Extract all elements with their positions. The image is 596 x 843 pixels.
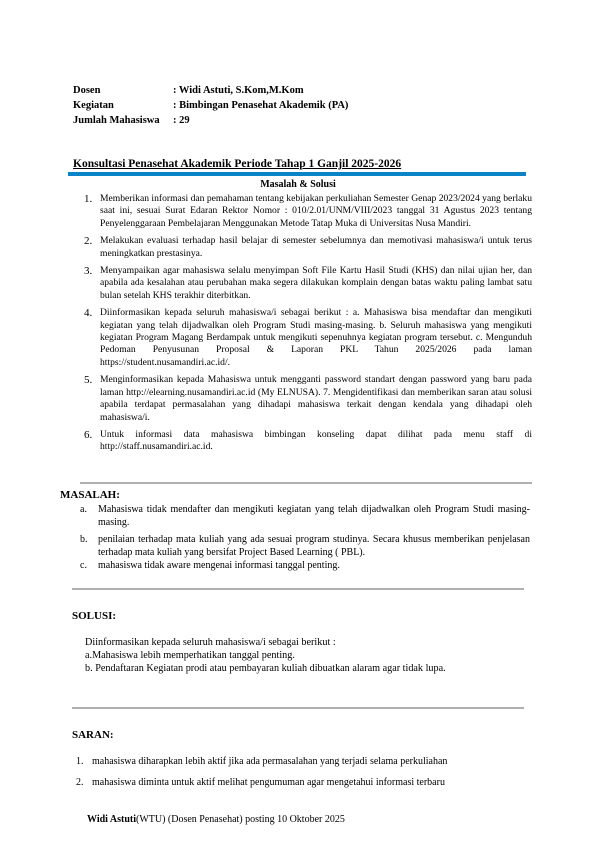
advisor-meta: Dosen : Widi Astuti, S.Kom,M.Kom Kegiata… bbox=[73, 83, 348, 128]
info-item: 1.Memberikan informasi dan pemahaman ten… bbox=[84, 193, 532, 230]
jumlah-value: : 29 bbox=[173, 113, 190, 128]
info-list: 1.Memberikan informasi dan pemahaman ten… bbox=[84, 193, 532, 459]
item-number: 2. bbox=[76, 776, 92, 789]
item-number: 1. bbox=[84, 193, 100, 230]
saran-item: 1.mahasiswa diharapkan lebih aktif jika … bbox=[76, 755, 526, 768]
section-divider bbox=[72, 588, 524, 590]
info-item: 2.Melakukan evaluasi terhadap hasil bela… bbox=[84, 235, 532, 260]
masalah-heading: MASALAH: bbox=[60, 489, 120, 501]
author-name: Widi Astuti bbox=[87, 814, 136, 825]
item-marker: b. bbox=[80, 533, 98, 559]
info-item: 3.Menyampaikan agar mahasiswa selalu men… bbox=[84, 265, 532, 302]
meta-row-dosen: Dosen : Widi Astuti, S.Kom,M.Kom bbox=[73, 83, 348, 98]
saran-heading: SARAN: bbox=[72, 729, 114, 741]
item-marker: a. bbox=[80, 503, 98, 529]
section-divider bbox=[72, 707, 524, 709]
masalah-item: b.penilaian terhadap mata kuliah yang ad… bbox=[80, 533, 530, 559]
info-item: 6.Untuk informasi data mahasiswa bimbing… bbox=[84, 429, 532, 454]
info-item: 5.Menginformasikan kepada Mahasiswa untu… bbox=[84, 374, 532, 424]
jumlah-label: Jumlah Mahasiswa bbox=[73, 113, 173, 128]
saran-list: 1.mahasiswa diharapkan lebih aktif jika … bbox=[76, 755, 526, 797]
section-divider bbox=[80, 482, 532, 484]
item-marker: c. bbox=[80, 559, 98, 572]
item-text: Memberikan informasi dan pemahaman tenta… bbox=[100, 193, 532, 230]
item-number: 3. bbox=[84, 265, 100, 302]
item-text: penilaian terhadap mata kuliah yang ada … bbox=[98, 533, 530, 559]
meta-row-jumlah: Jumlah Mahasiswa : 29 bbox=[73, 113, 348, 128]
dosen-label: Dosen bbox=[73, 83, 173, 98]
item-number: 4. bbox=[84, 307, 100, 369]
item-text: Menginformasikan kepada Mahasiswa untuk … bbox=[100, 374, 532, 424]
meta-row-kegiatan: Kegiatan : Bimbingan Penasehat Akademik … bbox=[73, 98, 348, 113]
section-subtitle: Masalah & Solusi bbox=[0, 179, 596, 190]
solusi-body: Diinformasikan kepada seluruh mahasiswa/… bbox=[85, 636, 525, 675]
item-number: 2. bbox=[84, 235, 100, 260]
saran-item: 2.mahasiswa diminta untuk aktif melihat … bbox=[76, 776, 526, 789]
title-accent-bar bbox=[68, 172, 526, 176]
item-text: Mahasiswa tidak mendafter dan mengikuti … bbox=[98, 503, 530, 529]
kegiatan-value: : Bimbingan Penasehat Akademik (PA) bbox=[173, 98, 348, 113]
item-number: 6. bbox=[84, 429, 100, 454]
item-text: mahasiswa tidak aware mengenai informasi… bbox=[98, 559, 530, 572]
item-text: Menyampaikan agar mahasiswa selalu menyi… bbox=[100, 265, 532, 302]
solusi-line: b. Pendaftaran Kegiatan prodi atau pemba… bbox=[85, 662, 525, 675]
item-number: 5. bbox=[84, 374, 100, 424]
document-title: Konsultasi Penasehat Akademik Periode Ta… bbox=[73, 158, 527, 170]
solusi-heading: SOLUSI: bbox=[72, 610, 116, 622]
info-item: 4.Diinformasikan kepada seluruh mahasisw… bbox=[84, 307, 532, 369]
item-text: Melakukan evaluasi terhadap hasil belaja… bbox=[100, 235, 532, 260]
masalah-item: c.mahasiswa tidak aware mengenai informa… bbox=[80, 559, 530, 572]
posting-footer: Widi Astuti(WTU) (Dosen Penasehat) posti… bbox=[87, 814, 345, 825]
masalah-list: a.Mahasiswa tidak mendafter dan mengikut… bbox=[80, 503, 530, 576]
kegiatan-label: Kegiatan bbox=[73, 98, 173, 113]
solusi-line: Diinformasikan kepada seluruh mahasiswa/… bbox=[85, 636, 525, 649]
solusi-line: a.Mahasiswa lebih memperhatikan tanggal … bbox=[85, 649, 525, 662]
item-number: 1. bbox=[76, 755, 92, 768]
posting-info: (WTU) (Dosen Penasehat) posting 10 Oktob… bbox=[136, 814, 345, 825]
item-text: mahasiswa diminta untuk aktif melihat pe… bbox=[92, 776, 445, 789]
item-text: mahasiswa diharapkan lebih aktif jika ad… bbox=[92, 755, 447, 768]
masalah-item: a.Mahasiswa tidak mendafter dan mengikut… bbox=[80, 503, 530, 529]
item-text: Untuk informasi data mahasiswa bimbingan… bbox=[100, 429, 532, 454]
item-text: Diinformasikan kepada seluruh mahasiswa/… bbox=[100, 307, 532, 369]
dosen-value: : Widi Astuti, S.Kom,M.Kom bbox=[173, 83, 304, 98]
